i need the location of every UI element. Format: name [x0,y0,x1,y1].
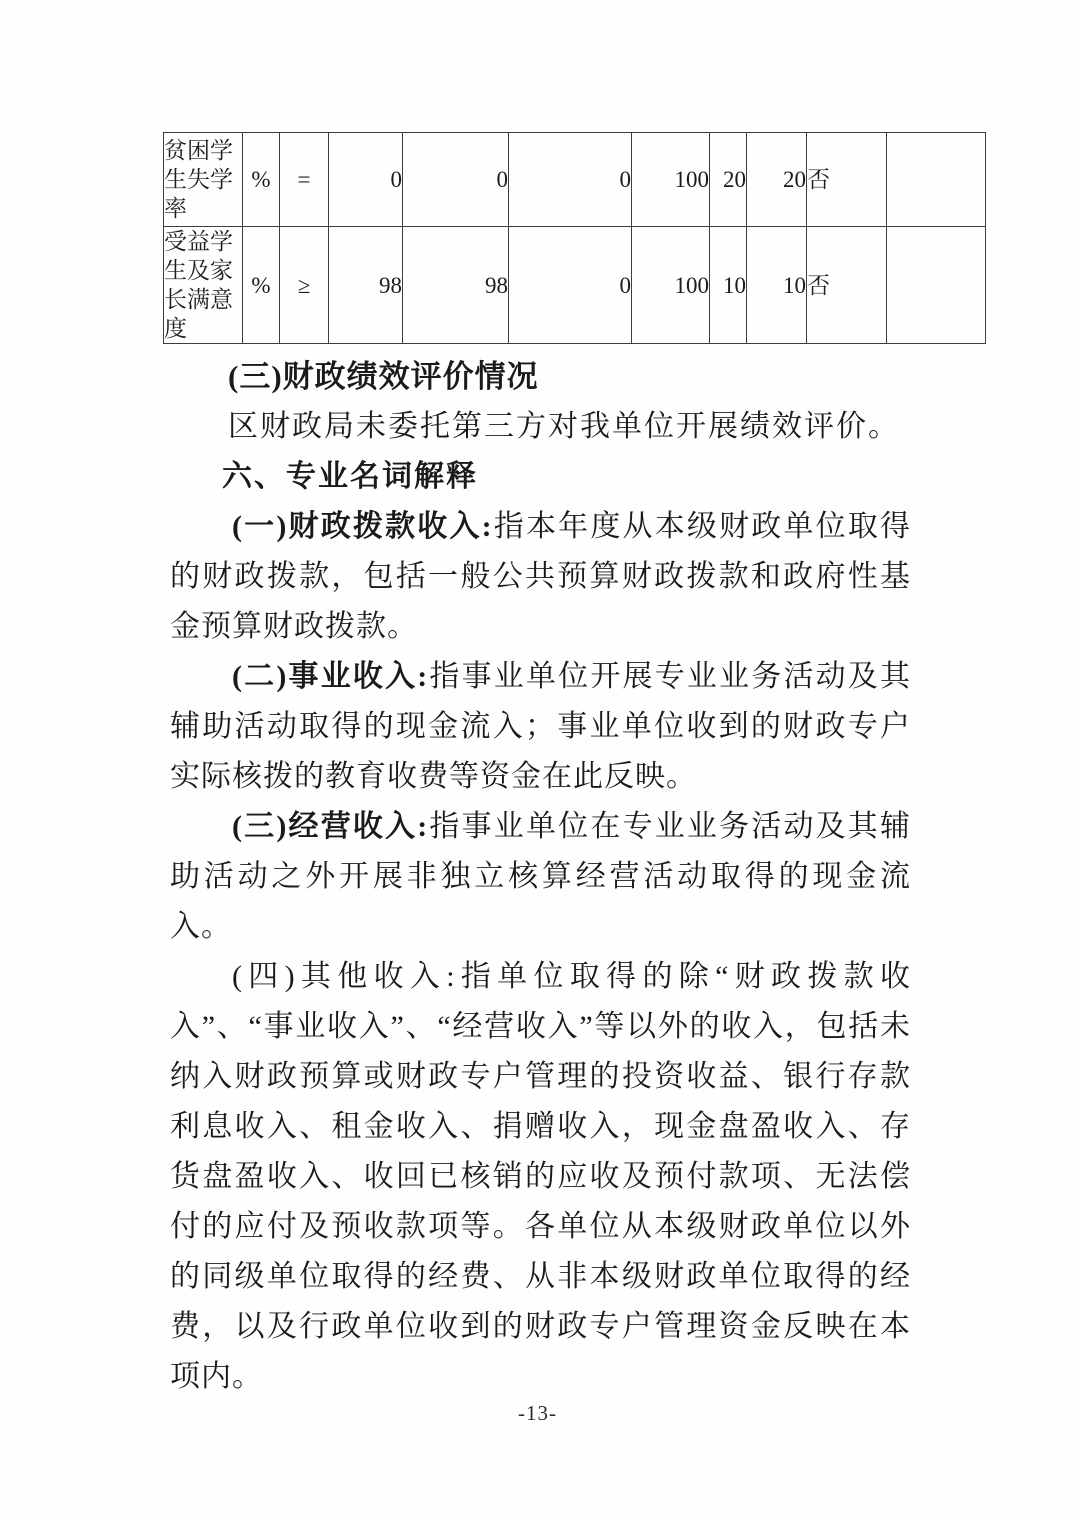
term-lead: (三)经营收入: [232,810,428,843]
cell-flag: 否 [807,227,887,344]
term-body: 指单位取得的除“财政拨款收入”、“事业收入”、“经营收入”等以外的收入，包括未纳… [170,960,911,1393]
performance-indicator-table: 贫困学生失学率 % = 0 0 0 100 20 20 否 受益学生及家长满意度… [163,132,986,344]
cell-deviation: 0 [509,227,632,344]
cell-flag: 否 [807,133,887,227]
cell-rate: 100 [632,227,710,344]
cell-indicator: 受益学生及家长满意度 [164,227,243,344]
section-heading-eval: (三)财政绩效评价情况 [228,352,911,402]
cell-score: 20 [747,133,807,227]
term-definition-other-income: (四)其他收入:指单位取得的除“财政拨款收入”、“事业收入”、“经营收入”等以外… [170,952,911,1402]
cell-unit: % [243,227,280,344]
cell-actual: 0 [403,133,509,227]
cell-unit: % [243,133,280,227]
cell-score: 10 [747,227,807,344]
term-lead: (一)财政拨款收入: [232,510,493,543]
document-page: 贫困学生失学率 % = 0 0 0 100 20 20 否 受益学生及家长满意度… [0,0,1075,1520]
term-definition-business-income: (三)经营收入:指事业单位在专业业务活动及其辅助活动之外开展非独立核算经营活动取… [170,802,911,952]
cell-weight: 20 [710,133,747,227]
term-definition-operating-income: (二)事业收入:指事业单位开展专业业务活动及其辅助活动取得的现金流入；事业单位收… [170,652,911,802]
section-heading-terms: 六、专业名词解释 [222,452,911,502]
cell-deviation: 0 [509,133,632,227]
cell-target: 0 [329,133,403,227]
document-body: (三)财政绩效评价情况 区财政局未委托第三方对我单位开展绩效评价。 六、专业名词… [170,352,911,1402]
cell-actual: 98 [403,227,509,344]
term-lead: (四)其他收入: [232,960,456,993]
cell-comparator: ≥ [280,227,329,344]
cell-note [887,133,986,227]
term-lead: (二)事业收入: [232,660,428,693]
eval-paragraph: 区财政局未委托第三方对我单位开展绩效评价。 [170,402,911,452]
table-row: 受益学生及家长满意度 % ≥ 98 98 0 100 10 10 否 [164,227,986,344]
cell-note [887,227,986,344]
page-number: -13- [0,1401,1075,1426]
cell-comparator: = [280,133,329,227]
table-row: 贫困学生失学率 % = 0 0 0 100 20 20 否 [164,133,986,227]
cell-weight: 10 [710,227,747,344]
cell-rate: 100 [632,133,710,227]
term-definition-fiscal-appropriation: (一)财政拨款收入:指本年度从本级财政单位取得的财政拨款，包括一般公共预算财政拨… [170,502,911,652]
cell-target: 98 [329,227,403,344]
cell-indicator: 贫困学生失学率 [164,133,243,227]
